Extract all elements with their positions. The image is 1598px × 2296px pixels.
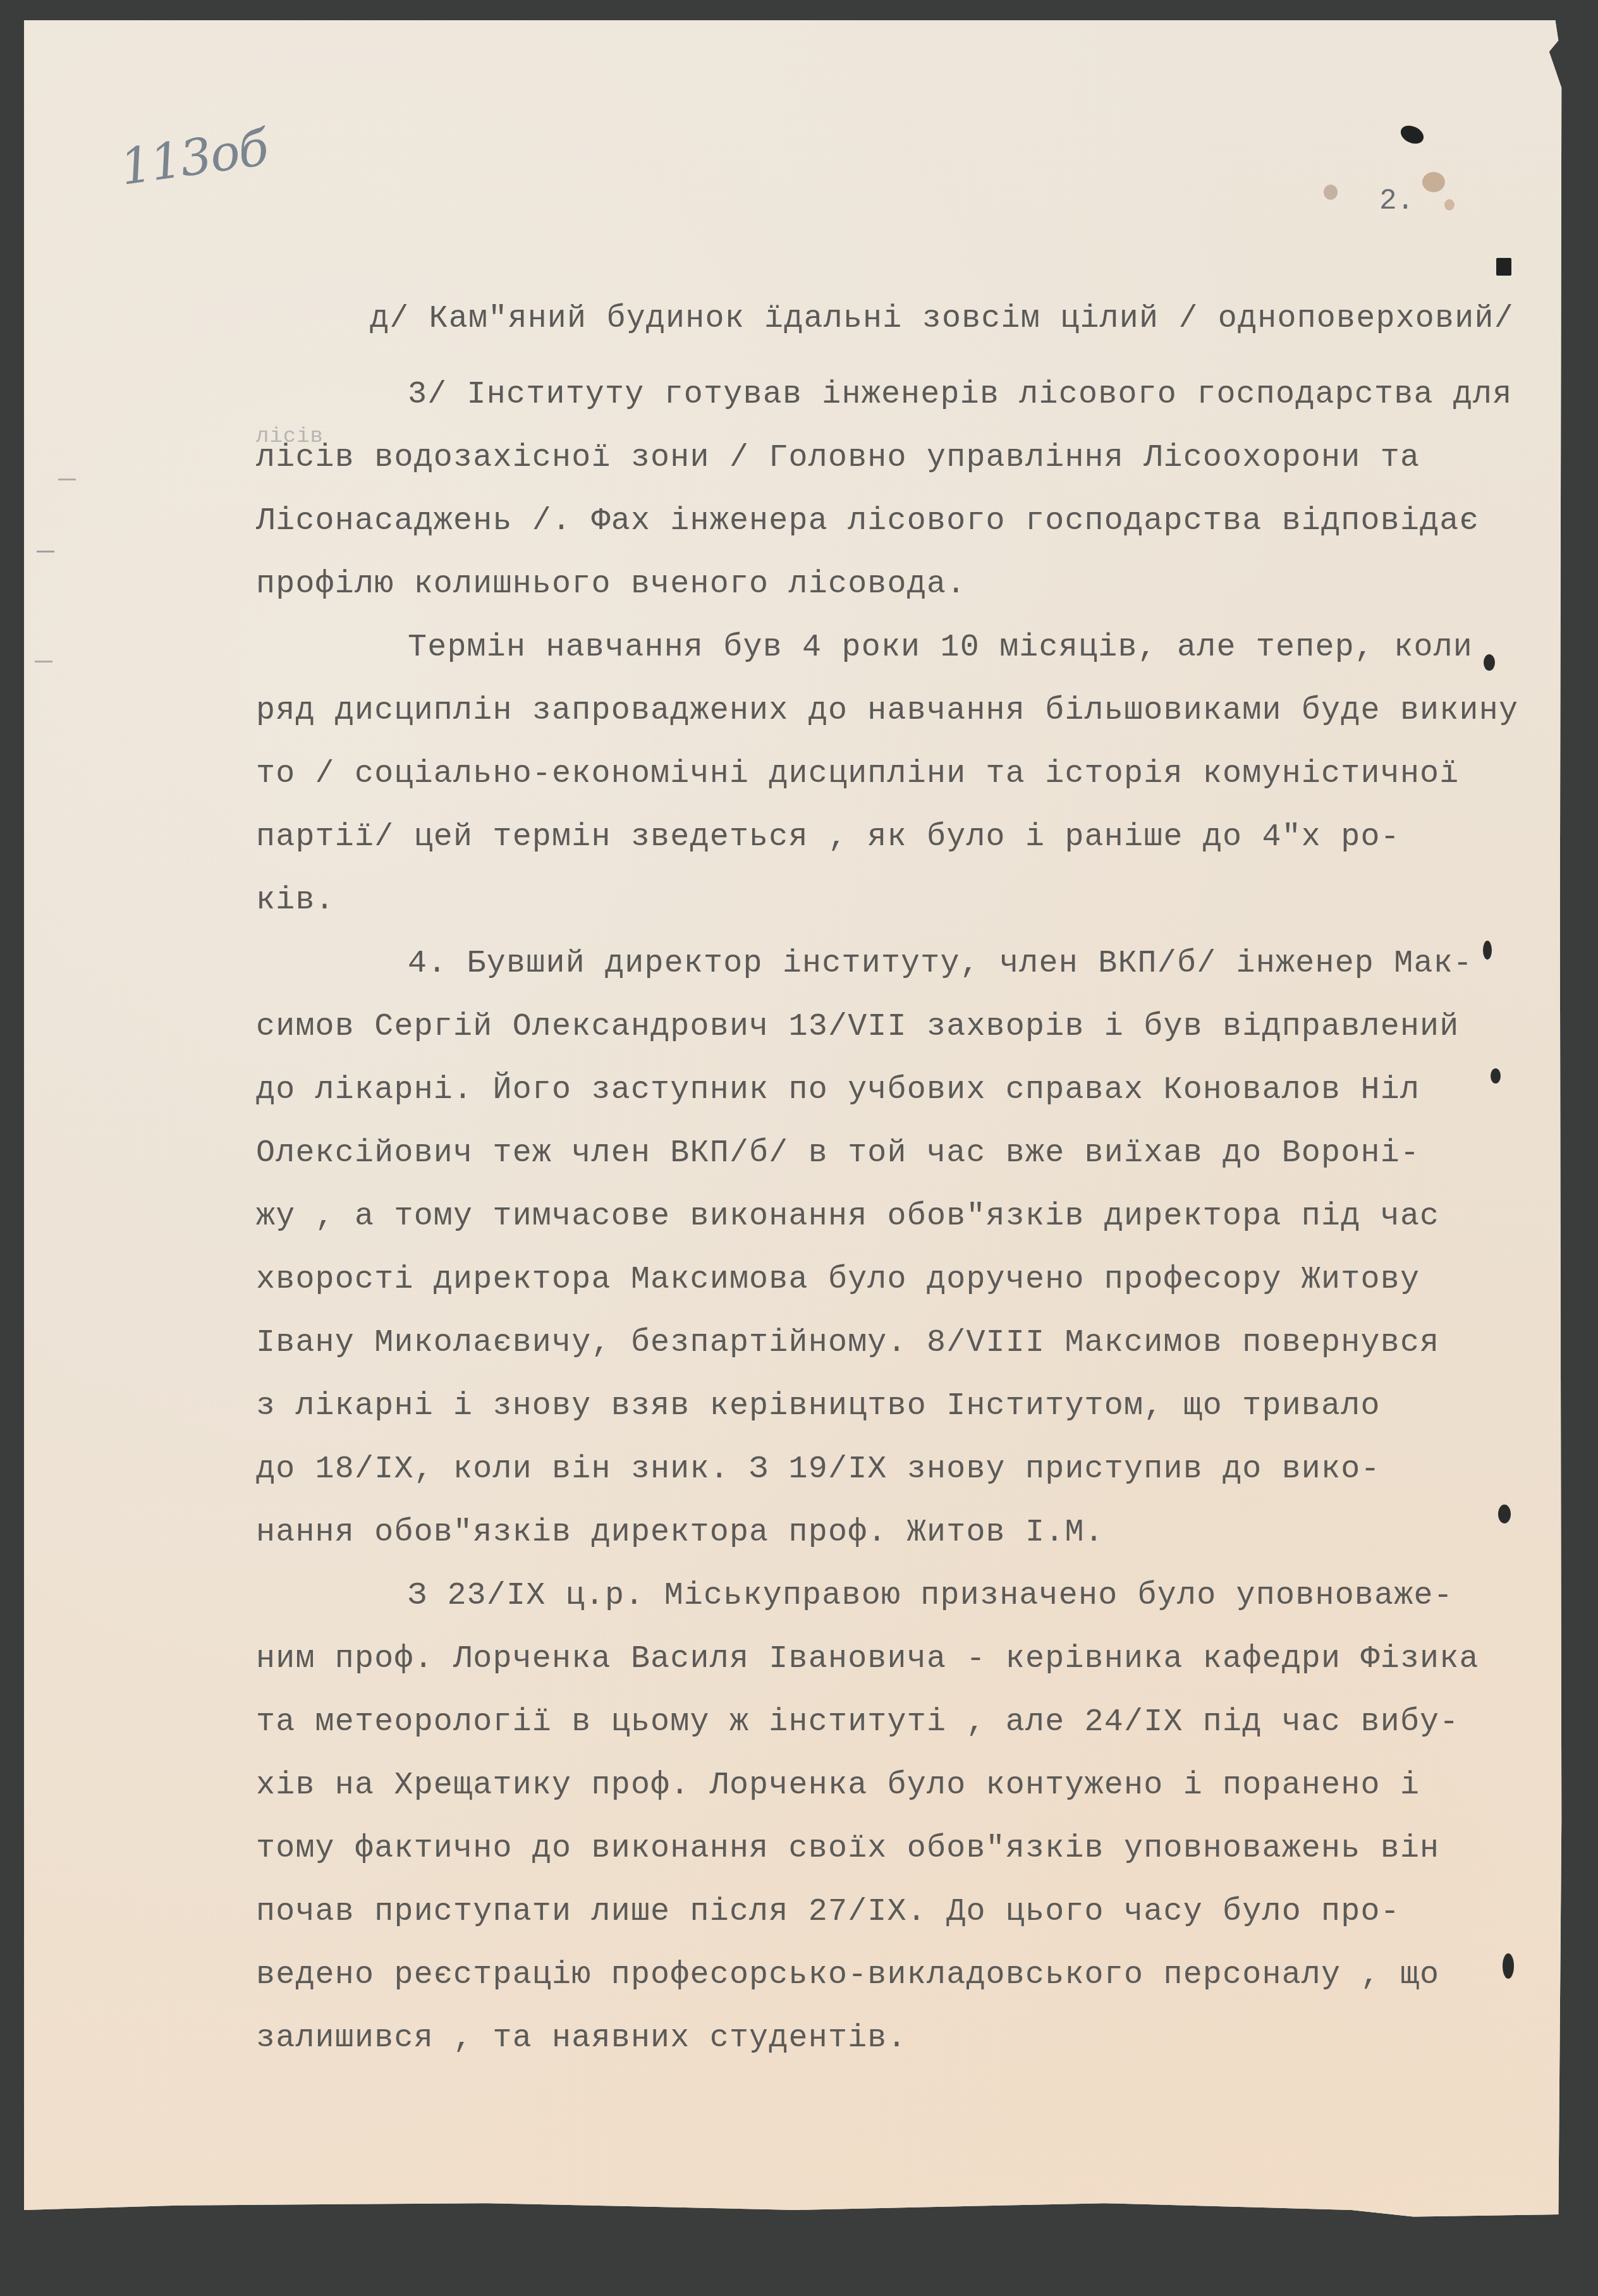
text-line: д/ Кам"яний будинок їдальні зовсім цілий… <box>256 288 1546 351</box>
stain-spot <box>1444 199 1455 211</box>
text-line: ним проф. Лорченка Василя Івановича - ке… <box>256 1628 1546 1691</box>
text-line: хвороcті директора Максимова було доруче… <box>256 1249 1546 1312</box>
text-line: 4. Бувший директор інституту, член ВКП/б… <box>256 932 1546 996</box>
text-line: хів на Хрещатику проф. Лорченка було кон… <box>256 1754 1546 1817</box>
text-line: почав приступати лише після 27/IX. До ць… <box>256 1881 1546 1944</box>
stain-spot <box>1422 172 1445 192</box>
margin-dash <box>35 661 52 663</box>
text-line: ведено реєстрацію професорсько-викладовс… <box>256 1944 1546 2007</box>
text-line: партії/ цей термін зведеться , як було і… <box>256 806 1546 869</box>
text-line: ряд дисциплін запроваджених до навчання … <box>256 680 1546 743</box>
text-line: симов Сергій Олександрович 13/VII захвор… <box>256 996 1546 1059</box>
text-line: з лікарні і знову взяв керівництво Інсти… <box>256 1375 1546 1438</box>
margin-dash <box>58 479 76 480</box>
typewritten-text: д/ Кам"яний будинок їдальні зовсім цілий… <box>256 288 1546 2070</box>
text-line: Термін навчання був 4 роки 10 місяців, а… <box>256 616 1546 680</box>
text-line: залишився , та наявних студентів. <box>256 2007 1546 2070</box>
text-line: то / соціально-економічні дисципліни та … <box>256 743 1546 806</box>
text-line: З 23/IX ц.р. Міськуправою призначено бул… <box>256 1565 1546 1628</box>
text-line: ків. <box>256 869 1546 932</box>
margin-dash <box>37 551 54 553</box>
text-line: до 18/IX, коли він зник. З 19/IX знову п… <box>256 1438 1546 1501</box>
stain-spot <box>1324 185 1338 200</box>
page-number: 2. <box>1379 185 1414 217</box>
text-line: тому фактично до виконання своїх обов"яз… <box>256 1817 1546 1881</box>
text-line: профілю колишнього вченого лісовода. <box>256 553 1546 616</box>
text-line: Івану Миколаєвичу, безпартійному. 8/VIII… <box>256 1312 1546 1375</box>
text-line: до лікарні. Його заступник по учбових сп… <box>256 1059 1546 1122</box>
text-line: Олексійович теж член ВКП/б/ в той час вж… <box>256 1122 1546 1185</box>
text-line: та метеорології в цьому ж інституті , ал… <box>256 1691 1546 1754</box>
text-line: жу , а тому тимчасове виконання обов"язк… <box>256 1185 1546 1249</box>
text-line: лісів водозахісної зони / Головно управл… <box>256 427 1546 490</box>
text-line: нання обов"язків директора проф. Житов І… <box>256 1501 1546 1565</box>
text-line: 3/ Інституту готував інженерів лісового … <box>256 363 1546 427</box>
text-line: Лісонасаджень /. Фах інженера лісового г… <box>256 490 1546 553</box>
ink-blot <box>1496 258 1511 276</box>
